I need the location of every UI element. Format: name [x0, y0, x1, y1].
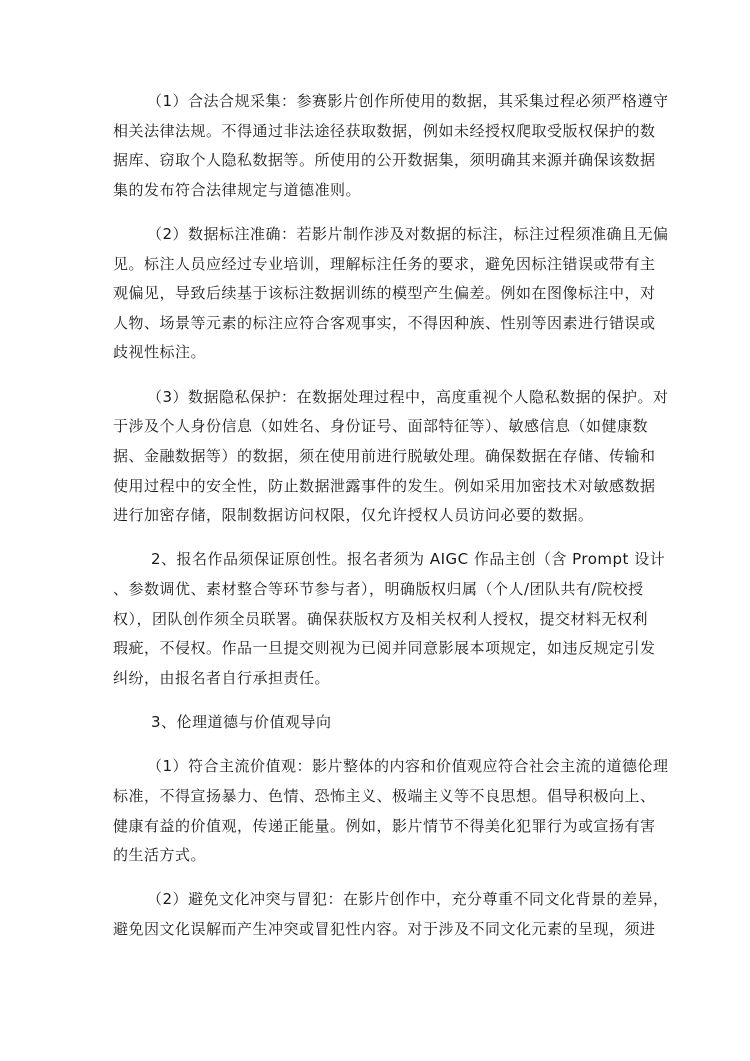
paragraph-data-privacy: （3）数据隐私保护：在数据处理过程中，高度重视个人隐私数据的保护。对 于涉及个人…	[113, 383, 637, 531]
paragraph-line: 瑕疵，不侵权。作品一旦提交则视为已阅并同意影展本项规定，如违反规定引发	[113, 634, 637, 664]
paragraph-cultural-conflict: （2）避免文化冲突与冒犯：在影片创作中，充分尊重不同文化背景的差异， 避免因文化…	[113, 885, 637, 944]
section-heading: 3、伦理道德与价值观导向	[113, 708, 637, 738]
section-heading-ethics: 3、伦理道德与价值观导向	[113, 708, 637, 738]
paragraph-data-collection: （1）合法合规采集：参赛影片创作所使用的数据，其采集过程必须严格遵守 相关法律法…	[113, 87, 637, 205]
paragraph-line: 据库、窃取个人隐私数据等。所使用的公开数据集，须明确其来源并确保该数据	[113, 146, 637, 176]
paragraph-line: 人物、场景等元素的标注应符合客观事实，不得因种族、性别等因素进行错误或	[113, 309, 637, 339]
paragraph-line: 纠纷，由报名者自行承担责任。	[113, 664, 637, 694]
paragraph-line: 歧视性标注。	[113, 338, 637, 368]
paragraph-line: 使用过程中的安全性，防止数据泄露事件的发生。例如采用加密技术对敏感数据	[113, 472, 637, 502]
paragraph-mainstream-values: （1）符合主流价值观：影片整体的内容和价值观应符合社会主流的道德伦理 标准，不得…	[113, 752, 637, 870]
paragraph-line: 据、金融数据等）的数据，须在使用前进行脱敏处理。确保数据在存储、传输和	[113, 442, 637, 472]
paragraph-line: 、参数调优、素材整合等环节参与者），明确版权归属（个人/团队共有/院校授	[113, 575, 637, 605]
paragraph-line: （2）避免文化冲突与冒犯：在影片创作中，充分尊重不同文化背景的差异，	[113, 885, 637, 915]
paragraph-line: 见。标注人员应经过专业培训，理解标注任务的要求，避免因标注错误或带有主	[113, 250, 637, 280]
paragraph-line: 健康有益的价值观，传递正能量。例如，影片情节不得美化犯罪行为或宣扬有害	[113, 812, 637, 842]
paragraph-line: （1）符合主流价值观：影片整体的内容和价值观应符合社会主流的道德伦理	[113, 752, 637, 782]
paragraph-originality: 2、报名作品须保证原创性。报名者须为 AIGC 作品主创（含 Prompt 设计…	[113, 545, 637, 693]
paragraph-line: 权），团队创作须全员联署。确保获版权方及相关权利人授权，提交材料无权利	[113, 605, 637, 635]
paragraph-line: 进行加密存储，限制数据访问权限，仅允许授权人员访问必要的数据。	[113, 501, 637, 531]
paragraph-line: 观偏见，导致后续基于该标注数据训练的模型产生偏差。例如在图像标注中，对	[113, 279, 637, 309]
paragraph-line: 标准，不得宣扬暴力、色情、恐怖主义、极端主义等不良思想。倡导积极向上、	[113, 782, 637, 812]
paragraph-line: （1）合法合规采集：参赛影片创作所使用的数据，其采集过程必须严格遵守	[113, 87, 637, 117]
paragraph-line: （3）数据隐私保护：在数据处理过程中，高度重视个人隐私数据的保护。对	[113, 383, 637, 413]
paragraph-line: 相关法律法规。不得通过非法途径获取数据，例如未经授权爬取受版权保护的数	[113, 117, 637, 147]
paragraph-line: 集的发布符合法律规定与道德准则。	[113, 176, 637, 206]
paragraph-data-annotation: （2）数据标注准确：若影片制作涉及对数据的标注，标注过程须准确且无偏 见。标注人…	[113, 220, 637, 368]
document-page: （1）合法合规采集：参赛影片创作所使用的数据，其采集过程必须严格遵守 相关法律法…	[113, 87, 637, 959]
paragraph-line: 避免因文化误解而产生冲突或冒犯性内容。对于涉及不同文化元素的呈现，须进	[113, 915, 637, 945]
paragraph-line: 于涉及个人身份信息（如姓名、身份证号、面部特征等）、敏感信息（如健康数	[113, 412, 637, 442]
paragraph-line: （2）数据标注准确：若影片制作涉及对数据的标注，标注过程须准确且无偏	[113, 220, 637, 250]
paragraph-line: 2、报名作品须保证原创性。报名者须为 AIGC 作品主创（含 Prompt 设计	[113, 545, 637, 575]
paragraph-line: 的生活方式。	[113, 841, 637, 871]
